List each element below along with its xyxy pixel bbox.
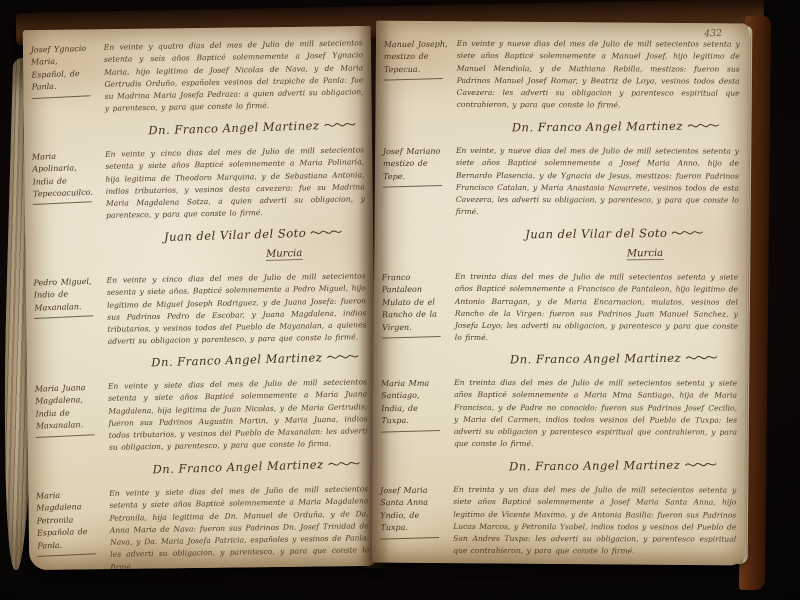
- register-entry: Maria Juana Magdalena, India de Maxanala…: [35, 377, 368, 484]
- priest-signature: Dn. Franco Angel Martinez: [512, 119, 683, 135]
- priest-signature: Juan del Vilar del Soto: [525, 225, 667, 240]
- manuscript-photo: Josef Ygnacio Maria, Español, de Panla. …: [0, 0, 800, 600]
- signature-block: Dn. Franco Angel Martinez: [145, 452, 368, 478]
- priest-signature: Dn. Franco Angel Martinez: [510, 351, 681, 367]
- register-entry: Maria Apolinaria, India de Tepecoacuilco…: [32, 145, 365, 271]
- margin-name-note: Maria Apolinaria, India de Tepecoacuilco…: [32, 149, 97, 200]
- register-entry: Josef Mariano mestizo de Tepe. En veinte…: [382, 143, 739, 268]
- rubric-flourish-icon: [686, 119, 720, 131]
- rubric-flourish-icon: [683, 458, 717, 470]
- priest-signature: Dn. Franco Angel Martinez: [151, 351, 322, 370]
- signature-block: Dn. Franco Angel Martinez: [144, 345, 367, 371]
- left-page: Josef Ygnacio Maria, Español, de Panla. …: [23, 26, 378, 570]
- signature-block: Juan del Vilar del Soto Murcia: [489, 560, 736, 565]
- entry-body-text: En treinta dias del mes de Julio de mill…: [455, 270, 738, 345]
- rubric-flourish-icon: [684, 351, 718, 363]
- rubric-flourish-icon: [670, 226, 704, 238]
- rubric-flourish-icon: [325, 350, 359, 363]
- register-entry: Maria Magdalena Petronila Española de Pa…: [36, 484, 369, 570]
- priest-signature: Juan del Vilar del Soto: [164, 225, 307, 243]
- priest-signature: Juan del Vilar del Soto: [522, 565, 664, 566]
- register-entry: Manuel Joseph, mestizo de Tepecua. En ve…: [383, 37, 740, 143]
- entry-body-text: En veinte y cinco dias del mes de Julio …: [107, 270, 367, 348]
- signature-block: Dn. Franco Angel Martinez: [490, 347, 737, 368]
- register-entry: Josef Maria Santa Anna Yndio, de Tuxpa. …: [380, 483, 737, 566]
- rubric-flourish-icon: [322, 118, 356, 131]
- register-entry: Josef Ygnacio Maria, Español, de Panla. …: [31, 38, 364, 145]
- margin-underline: [384, 76, 443, 81]
- entry-body-text: En treinta y un dias del mes de Julio de…: [453, 484, 736, 559]
- margin-name-note: Maria Magdalena Petronila Española de Pa…: [36, 489, 102, 553]
- margin-name-note: Pedro Miguel, Indio de Maxanalan.: [33, 275, 98, 314]
- entry-body-text: En treinta dias del mes de Julio de mill…: [454, 377, 737, 452]
- margin-underline: [380, 535, 439, 540]
- signature-block: Dn. Franco Angel Martinez: [490, 453, 737, 474]
- margin-name-note: Manuel Joseph, mestizo de Tepecua.: [384, 39, 448, 77]
- margin-underline: [36, 432, 95, 438]
- margin-underline: [382, 334, 441, 339]
- margin-name-note: Franco Pantaleon Mulato de el Rancho de …: [382, 271, 447, 334]
- entry-body-text: En veinte, y nueve dias del mes de Julio…: [456, 145, 739, 220]
- margin-underline: [383, 183, 442, 188]
- rubric-flourish-icon: [326, 457, 360, 470]
- margin-name-note: Maria Juana Magdalena, India de Maxanala…: [35, 382, 100, 433]
- rubric-flourish-icon: [309, 225, 343, 238]
- margin-name-note: Josef Maria Santa Anna Yndio, de Tuxpa.: [380, 485, 444, 535]
- priest-signature: Dn. Franco Angel Martinez: [148, 118, 319, 137]
- entry-body-text: En veinte y cinco dias del mes de Julio …: [105, 144, 365, 222]
- left-page-content: Josef Ygnacio Maria, Español, de Panla. …: [23, 26, 378, 570]
- signature-block: Dn. Franco Angel Martinez: [492, 114, 739, 135]
- priest-signature-secondary: Murcia: [266, 247, 303, 260]
- signature-block: Juan del Vilar del Soto Murcia: [491, 221, 738, 261]
- register-entry: Pedro Miguel, Indio de Maxanalan. En vei…: [34, 271, 367, 378]
- entry-body-text: En veinte y nueve dias del mes de Julio …: [457, 38, 740, 113]
- margin-name-note: Josef Mariano mestizo de Tepe.: [383, 145, 447, 183]
- priest-signature: Dn. Franco Angel Martinez: [152, 457, 323, 476]
- signature-block: Juan del Vilar del Soto Murcia: [142, 220, 366, 265]
- entry-body-text: En veinte y quatro dias del mes de Julio…: [104, 37, 364, 115]
- register-entry: Maria Mma Santiago, India, de Tuxpa. En …: [381, 376, 738, 482]
- margin-name-note: Josef Ygnacio Maria, Español, de Panla.: [30, 43, 95, 94]
- margin-name-note: Maria Mma Santiago, India, de Tuxpa.: [381, 378, 445, 428]
- right-page-content: Manuel Joseph, mestizo de Tepecua. En ve…: [372, 21, 748, 566]
- right-page: 432 Manuel Joseph, mestizo de Tepecua. E…: [372, 21, 748, 566]
- signature-block: Dn. Franco Angel Martinez: [141, 113, 364, 139]
- margin-underline: [381, 428, 440, 433]
- register-entry: Franco Pantaleon Mulato de el Rancho de …: [381, 269, 738, 375]
- entry-body-text: En veinte y siete dias del mes de Julio …: [109, 483, 369, 570]
- entry-body-text: En veinte y siete dias del mes de Julio …: [108, 377, 368, 455]
- priest-signature-secondary: Murcia: [627, 248, 663, 260]
- priest-signature: Dn. Franco Angel Martinez: [509, 458, 680, 474]
